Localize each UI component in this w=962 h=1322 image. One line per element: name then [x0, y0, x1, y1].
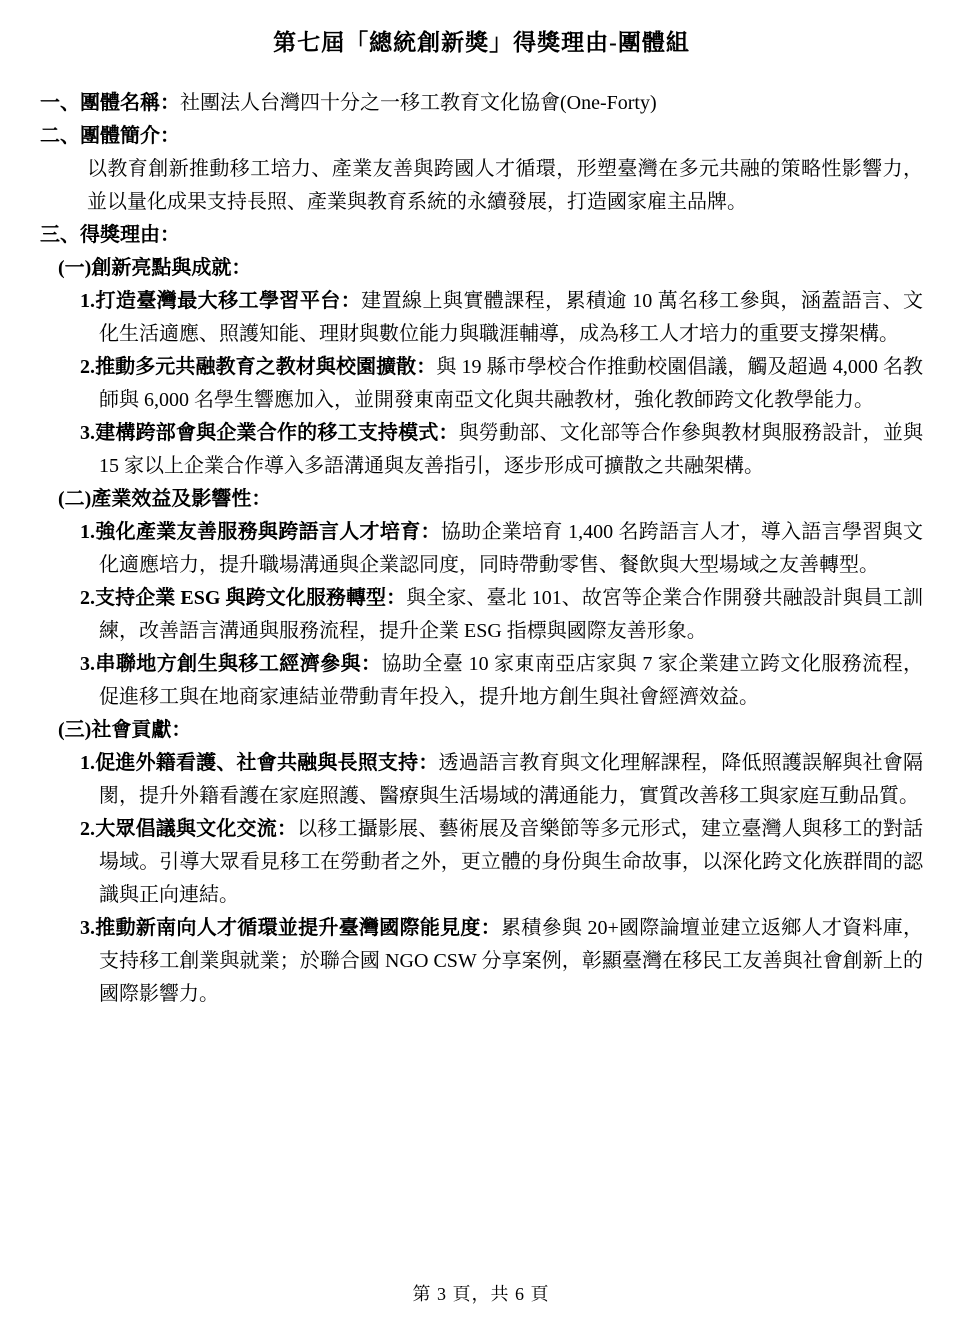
subsection-heading: (一)創新亮點與成就：: [58, 252, 923, 285]
subsection-heading: (三)社會貢獻：: [58, 714, 923, 747]
list-item: 1.促進外籍看護、社會共融與長照支持：透過語言教育與文化理解課程，降低照護誤解與…: [99, 747, 923, 813]
list-item: 1.打造臺灣最大移工學習平台：建置線上與實體課程，累積逾 10 萬名移工參與，涵…: [99, 285, 923, 351]
group-intro-paragraph: 以教育創新推動移工培力、產業友善與跨國人才循環，形塑臺灣在多元共融的策略性影響力…: [87, 153, 923, 219]
section-group-name: 一、團體名稱：社團法人台灣四十分之一移工教育文化協會(One-Forty): [40, 87, 923, 120]
section-heading: 一、團體名稱：: [40, 92, 180, 114]
section-award-reasons: 三、得獎理由：: [40, 219, 923, 252]
item-lead: 2.支持企業 ESG 與跨文化服務轉型：: [80, 587, 406, 609]
list-item: 3.推動新南向人才循環並提升臺灣國際能見度：累積參與 20+國際論壇並建立返鄉人…: [99, 912, 923, 1011]
list-item: 3.串聯地方創生與移工經濟參與：協助全臺 10 家東南亞店家與 7 家企業建立跨…: [99, 648, 923, 714]
item-lead: 1.促進外籍看護、社會共融與長照支持：: [80, 752, 439, 774]
item-lead: 3.推動新南向人才循環並提升臺灣國際能見度：: [80, 917, 501, 939]
subsection-innovation: (一)創新亮點與成就： 1.打造臺灣最大移工學習平台：建置線上與實體課程，累積逾…: [40, 252, 923, 483]
subsection-heading: (二)產業效益及影響性：: [58, 483, 923, 516]
list-item: 2.大眾倡議與文化交流：以移工攝影展、藝術展及音樂節等多元形式，建立臺灣人與移工…: [99, 813, 923, 912]
subsection-social-contribution: (三)社會貢獻： 1.促進外籍看護、社會共融與長照支持：透過語言教育與文化理解課…: [40, 714, 923, 1011]
page-title: 第七屆「總統創新獎」得獎理由-團體組: [40, 26, 923, 60]
subsection-industry-impact: (二)產業效益及影響性： 1.強化產業友善服務與跨語言人才培育：協助企業培育 1…: [40, 483, 923, 714]
item-lead: 3.串聯地方創生與移工經濟參與：: [80, 653, 381, 675]
list-item: 2.推動多元共融教育之教材與校園擴散：與 19 縣市學校合作推動校園倡議，觸及超…: [99, 351, 923, 417]
item-lead: 3.建構跨部會與企業合作的移工支持模式：: [80, 422, 459, 444]
item-lead: 2.推動多元共融教育之教材與校園擴散：: [80, 356, 436, 378]
document-page: 第七屆「總統創新獎」得獎理由-團體組 一、團體名稱：社團法人台灣四十分之一移工教…: [0, 0, 962, 1322]
section-heading: 三、得獎理由：: [40, 224, 180, 246]
item-lead: 1.強化產業友善服務與跨語言人才培育：: [80, 521, 441, 543]
page-number-footer: 第 3 頁，共 6 頁: [0, 1282, 962, 1306]
list-item: 1.強化產業友善服務與跨語言人才培育：協助企業培育 1,400 名跨語言人才，導…: [99, 516, 923, 582]
section-heading: 二、團體簡介：: [40, 125, 180, 147]
list-item: 2.支持企業 ESG 與跨文化服務轉型：與全家、臺北 101、故宮等企業合作開發…: [99, 582, 923, 648]
item-lead: 2.大眾倡議與文化交流：: [80, 818, 297, 840]
section-group-intro: 二、團體簡介：: [40, 120, 923, 153]
group-name-value: 社團法人台灣四十分之一移工教育文化協會(One-Forty): [180, 92, 657, 114]
list-item: 3.建構跨部會與企業合作的移工支持模式：與勞動部、文化部等合作參與教材與服務設計…: [99, 417, 923, 483]
item-lead: 1.打造臺灣最大移工學習平台：: [80, 290, 361, 312]
